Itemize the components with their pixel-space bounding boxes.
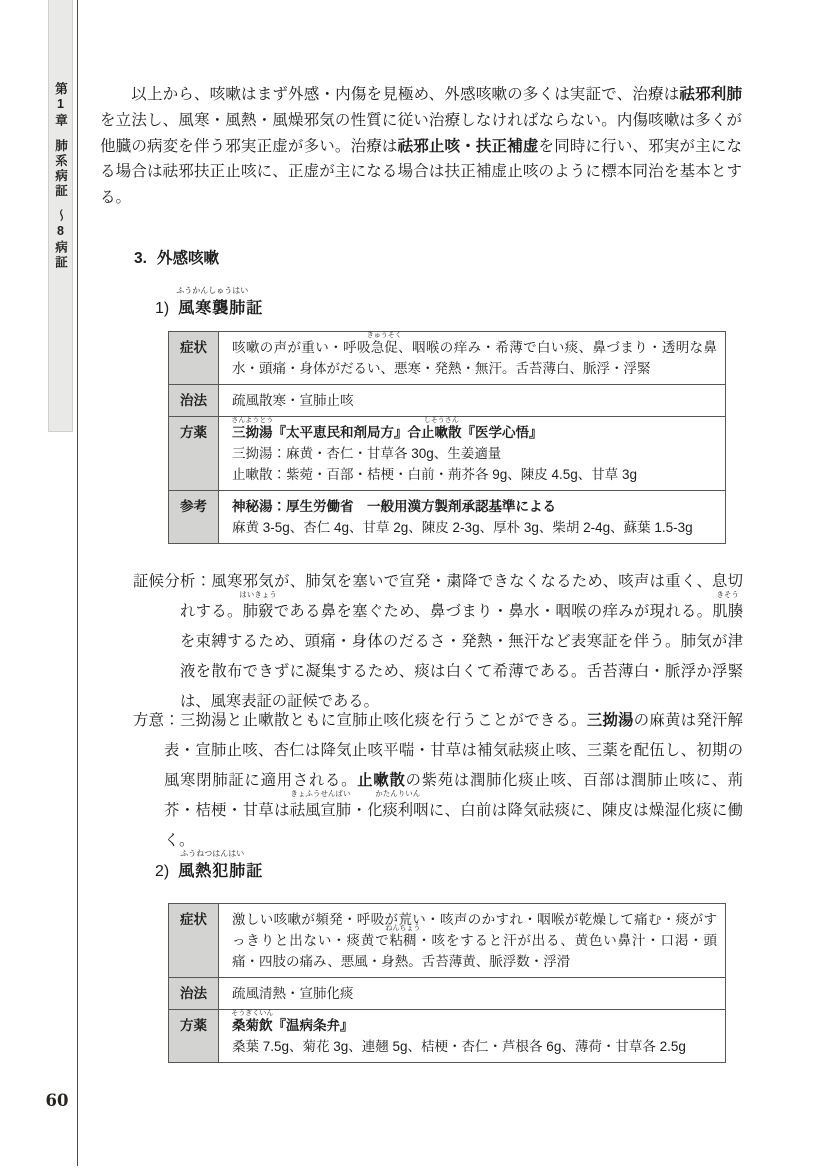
section-title: 外感咳嗽 [157, 250, 219, 267]
row-label: 治法 [169, 385, 219, 416]
subsection-heading-2: 2)風熱犯肺ふうねつはんはい証 [155, 849, 263, 881]
table-row: 症状 咳嗽の声が重い・呼吸急促きゅうそく、咽喉の痒み・希薄で白い痰、鼻づまり・透… [169, 332, 725, 384]
intro-paragraph: 以上から、咳嗽はまず外感・内傷を見極め、外感咳嗽の多くは実証で、治療は祛邪利肺を… [100, 82, 742, 211]
furigana: きそう [716, 591, 739, 598]
section-number: 3. [134, 250, 147, 267]
cell-text: 疏風清熱・宣肺化痰 [232, 983, 717, 1004]
furigana: しそうさん [424, 417, 459, 424]
formula-intent-paragraph: 方意：三拗湯と止嗽散ともに宣肺止咳化痰を行うことができる。三拗湯の麻黄は発汗解表… [133, 706, 743, 856]
table-row: 症状 激しい咳嗽が頻発・呼吸が荒い・咳声のかすれ・咽喉が乾燥して痛む・痰がすっき… [169, 904, 725, 977]
row-label: 参考 [169, 491, 219, 543]
ruby-word: 止嗽散しそうさん [421, 422, 462, 443]
row-label: 症状 [169, 904, 219, 977]
cell-text: 三拗湯さんようとう『太平恵民和剤局方』合止嗽散しそうさん『医学心悟』 [232, 422, 717, 443]
chapter-tab: 第1章 肺系病証 〜8病証 [48, 0, 73, 432]
analysis-label: 証候分析： [133, 573, 211, 590]
row-content: 疏風清熱・宣肺化痰 [219, 978, 725, 1009]
row-label: 方薬 [169, 417, 219, 490]
cell-text: 激しい咳嗽が頻発・呼吸が荒い・咳声のかすれ・咽喉が乾燥して痛む・痰がすっきりと出… [232, 909, 717, 972]
formula-intent-text: 三拗湯と止嗽散ともに宣肺止咳化痰を行うことができる。三拗湯の麻黄は発汗解表・宣肺… [164, 712, 743, 849]
subsection-heading-1: 1)風寒襲肺ふうかんしゅうはい証 [155, 286, 263, 318]
ruby-word: 急促きゅうそく [371, 337, 398, 358]
row-content: 神秘湯：厚生労働省 一般用漢方製剤承認基準による 麻黄 3-5g、杏仁 4g、甘… [219, 491, 725, 543]
table-row: 方薬 桑菊飲そうぎくいん『温病条弁』 桑葉 7.5g、菊花 3g、連翹 5g、桔… [169, 1009, 725, 1062]
cell-text: 咳嗽の声が重い・呼吸急促きゅうそく、咽喉の痒み・希薄で白い痰、鼻づまり・透明な鼻… [232, 337, 717, 379]
furigana: ねんちょう [385, 925, 420, 932]
subsection-2-title: 風熱犯肺ふうねつはんはい証 [178, 863, 263, 880]
cell-text: 麻黄 3-5g、杏仁 4g、甘草 2g、陳皮 2-3g、厚朴 3g、柴胡 2-4… [232, 517, 717, 538]
row-content: 激しい咳嗽が頻発・呼吸が荒い・咳声のかすれ・咽喉が乾燥して痛む・痰がすっきりと出… [219, 904, 725, 977]
cell-text: 疏風散寒・宣肺止咳 [232, 390, 717, 411]
subsection-2-number: 2) [155, 863, 169, 880]
row-content: 咳嗽の声が重い・呼吸急促きゅうそく、咽喉の痒み・希薄で白い痰、鼻づまり・透明な鼻… [219, 332, 725, 384]
row-content: 三拗湯さんようとう『太平恵民和剤局方』合止嗽散しそうさん『医学心悟』 三拗湯：麻… [219, 417, 725, 490]
table-row: 方薬 三拗湯さんようとう『太平恵民和剤局方』合止嗽散しそうさん『医学心悟』 三拗… [169, 416, 725, 490]
cell-text: 三拗湯：麻黄・杏仁・甘草各 30g、生姜適量 [232, 443, 717, 464]
page-number: 60 [40, 1091, 74, 1110]
subsection-1-title: 風寒襲肺ふうかんしゅうはい証 [178, 300, 263, 317]
table-row: 参考 神秘湯：厚生労働省 一般用漢方製剤承認基準による 麻黄 3-5g、杏仁 4… [169, 490, 725, 543]
furigana: きゅうそく [367, 332, 402, 339]
chapter-tab-title: 肺系病証 [52, 139, 70, 199]
margin-rule [77, 0, 78, 1166]
analysis-paragraph: 証候分析：風寒邪気が、肺気を塞いで宣発・粛降できなくなるため、咳声は重く、息切れ… [133, 567, 743, 717]
cell-text: 桑葉 7.5g、菊花 3g、連翹 5g、桔梗・杏仁・芦根各 6g、薄荷・甘草各 … [232, 1036, 717, 1057]
row-label: 治法 [169, 978, 219, 1009]
ruby-word: 三拗湯さんようとう [232, 422, 273, 443]
furigana: きょふうせんぱい [290, 790, 350, 797]
subsection-1-number: 1) [155, 300, 169, 317]
table-row: 治法 疏風清熱・宣肺化痰 [169, 977, 725, 1009]
furigana: そうぎくいん [231, 1010, 273, 1017]
furigana: さんようとう [231, 417, 273, 424]
ruby-word: 風熱犯肺ふうねつはんはい [178, 858, 246, 881]
section-heading: 3.外感咳嗽 [134, 246, 219, 268]
textbook-page: { "page": { "number": "60" }, "colors": … [0, 0, 830, 1172]
furigana: はいきょう [239, 591, 277, 598]
ruby-word: 桑菊飲そうぎくいん [232, 1015, 273, 1036]
ruby-word: 祛風宣肺きょふうせんぱい [290, 796, 351, 826]
ruby-word: 化痰利咽かたんりいん [367, 796, 428, 826]
row-label: 方薬 [169, 1010, 219, 1062]
pattern-table-2: 症状 激しい咳嗽が頻発・呼吸が荒い・咳声のかすれ・咽喉が乾燥して痛む・痰がすっき… [168, 903, 726, 1063]
cell-text: 桑菊飲そうぎくいん『温病条弁』 [232, 1015, 717, 1036]
ruby-word: 肺竅はいきょう [243, 597, 274, 627]
ruby-word: 風寒襲肺ふうかんしゅうはい [178, 295, 246, 318]
ruby-word: 粘稠ねんちょう [389, 930, 416, 951]
row-content: 疏風散寒・宣肺止咳 [219, 385, 725, 416]
analysis-text: 風寒邪気が、肺気を塞いで宣発・粛降できなくなるため、咳声は重く、息切れする。肺竅… [180, 573, 743, 710]
formula-intent-label: 方意： [133, 712, 180, 729]
table-row: 治法 疏風散寒・宣肺止咳 [169, 384, 725, 416]
cell-text: 止嗽散：紫菀・百部・桔梗・白前・荊芥各 9g、陳皮 4.5g、甘草 3g [232, 464, 717, 485]
pattern-table-1: 症状 咳嗽の声が重い・呼吸急促きゅうそく、咽喉の痒み・希薄で白い痰、鼻づまり・透… [168, 331, 726, 544]
furigana: かたんりいん [375, 790, 420, 797]
furigana: ふうねつはんはい [180, 850, 244, 857]
row-label: 症状 [169, 332, 219, 384]
cell-text: 神秘湯：厚生労働省 一般用漢方製剤承認基準による [232, 496, 717, 517]
row-content: 桑菊飲そうぎくいん『温病条弁』 桑葉 7.5g、菊花 3g、連翹 5g、桔梗・杏… [219, 1010, 725, 1062]
furigana: ふうかんしゅうはい [176, 287, 248, 294]
ruby-word: 肌腠きそう [712, 597, 743, 627]
chapter-tab-chapter: 第1章 [52, 82, 70, 129]
chapter-tab-range: 〜8病証 [52, 209, 70, 271]
